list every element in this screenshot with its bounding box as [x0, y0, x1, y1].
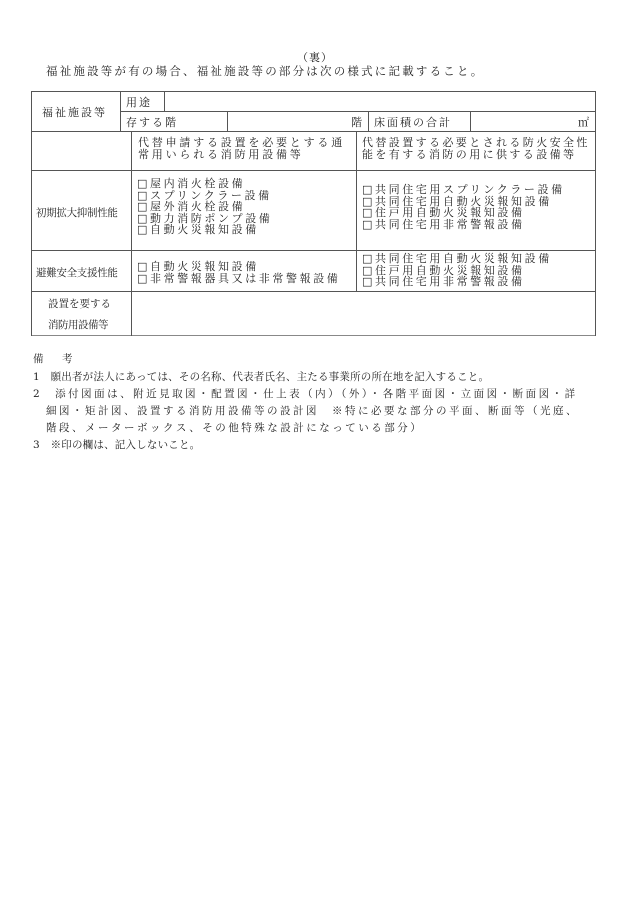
checkbox-item[interactable]: □非常警報器具又は非常警報設備	[137, 273, 340, 285]
initial-suppression-right-list: □共同住宅用スプリンクラー設備 □共同住宅用自動火災報知設備 □住戸用自動火災報…	[362, 184, 565, 230]
required-label-line2: 消防用設備等	[48, 317, 108, 332]
required-label-line1: 設置を要する	[48, 296, 111, 311]
table-line	[120, 111, 596, 112]
checkbox-item[interactable]: □自動火災報知設備	[137, 224, 272, 236]
intro-text: 福祉施設等が有の場合、福祉施設等の部分は次の様式に記載すること。	[46, 63, 484, 79]
table-line	[31, 291, 596, 292]
evacuation-support-left-list: □自動火災報知設備 □非常警報器具又は非常警報設備	[137, 261, 340, 284]
note-item: 3 ※印の欄は、記入しないこと。	[33, 437, 200, 452]
required-equipment-field[interactable]	[137, 296, 589, 332]
evacuation-support-right-list: □共同住宅用自動火災報知設備 □住戸用自動火災報知設備 □共同住宅用非常警報設備	[362, 253, 552, 288]
floor-field[interactable]	[232, 114, 350, 129]
area-unit: ㎡	[578, 114, 589, 130]
col-header-alternative: 代替設置する必要とされる防火安全性 能を有する消防の用に供する設備等	[362, 137, 590, 160]
note-item: 細図・矩計図、設置する消防用設備等の設計図 ※特に必要な部分の平面、断面等（光庭…	[33, 403, 579, 418]
table-line	[356, 131, 357, 291]
header-line: 代替設置する必要とされる防火安全性	[362, 137, 590, 149]
table-line	[470, 111, 471, 131]
table-line	[31, 131, 596, 132]
area-field[interactable]	[476, 114, 571, 129]
notes-title: 備 考	[33, 351, 77, 366]
checkbox-item[interactable]: □共同住宅用スプリンクラー設備	[362, 184, 565, 196]
table-line	[31, 250, 596, 251]
header-line: 能を有する消防の用に供する設備等	[362, 149, 590, 161]
floor-label: 存する階	[126, 114, 178, 130]
header-line: 常用いられる消防用設備等	[138, 149, 345, 161]
header-line: 代替申請する設置を必要とする通	[138, 137, 345, 149]
use-label: 用途	[126, 94, 152, 110]
table-line	[131, 131, 132, 336]
table-border-top	[31, 91, 596, 92]
note-item: 階段、メーターボックス、その他特殊な設計になっている部分）	[33, 420, 423, 435]
floor-unit: 階	[351, 114, 364, 130]
table-border-left	[31, 91, 32, 336]
col-header-replaced: 代替申請する設置を必要とする通 常用いられる消防用設備等	[138, 137, 345, 160]
table-line	[368, 111, 369, 131]
checkbox-item[interactable]: □屋内消火栓設備	[137, 178, 272, 190]
checkbox-item[interactable]: □共同住宅用非常警報設備	[362, 276, 552, 288]
area-label: 床面積の合計	[374, 114, 452, 130]
use-field[interactable]	[170, 94, 590, 109]
table-line	[227, 111, 228, 131]
table-line	[31, 170, 596, 171]
note-item: 2 添付図面は、附近見取図・配置図・仕上表（内）（外）・各階平面図・立面図・断面…	[33, 386, 578, 401]
checkbox-item[interactable]: □共同住宅用非常警報設備	[362, 219, 565, 231]
checkbox-item[interactable]: □屋外消火栓設備	[137, 201, 272, 213]
note-item: 1 願出者が法人にあっては、その名称、代表者氏名、主たる事業所の所在地を記入する…	[33, 369, 489, 384]
checkbox-item[interactable]: □共同住宅用自動火災報知設備	[362, 253, 552, 265]
row-label-evacuation-support: 避難安全支援性能	[36, 265, 118, 280]
table-line	[164, 91, 165, 111]
table-border-right	[595, 91, 596, 336]
row-label-initial-suppression: 初期拡大抑制性能	[36, 205, 118, 220]
checkbox-item[interactable]: □住戸用自動火災報知設備	[362, 207, 565, 219]
checkbox-item[interactable]: □自動火災報知設備	[137, 261, 340, 273]
facility-label: 福祉施設等	[42, 104, 107, 120]
table-line	[120, 91, 121, 131]
initial-suppression-left-list: □屋内消火栓設備 □スプリンクラー設備 □屋外消火栓設備 □動力消防ポンプ設備 …	[137, 178, 272, 236]
table-border-bottom	[31, 335, 596, 336]
